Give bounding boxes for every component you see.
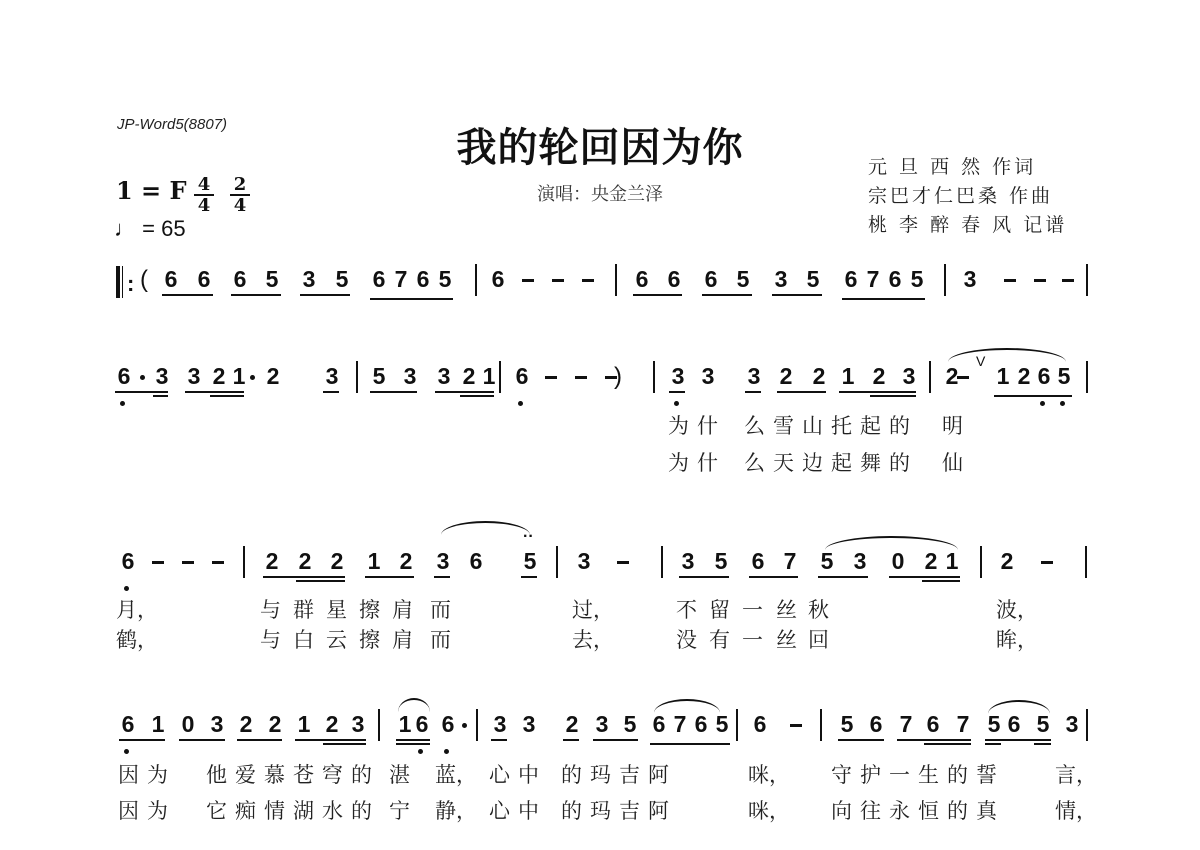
beam-underline [842,298,925,300]
lyric-syllable: 与 [260,624,281,654]
lyric-syllable: 的 [351,795,372,825]
beam-underline [985,743,1001,745]
sustain-dash [1004,279,1016,282]
note: 6 [440,711,456,737]
beam-underline [679,576,729,578]
beam-underline [323,743,366,745]
note: 7 [865,266,881,292]
lyric-syllable: 玛 [590,759,611,789]
note: 3 [962,266,978,292]
bar-line [356,361,358,393]
bar-line [661,546,663,578]
note: 2 [267,711,283,737]
note: 6 [666,266,682,292]
lyric-syllable: 恒 [918,795,939,825]
lyric-syllable: 回 [808,624,829,654]
note: 5 [522,548,538,574]
lyric-syllable: 一 [889,759,910,789]
note: 1 [995,363,1011,389]
time-signature-2-4: 2 4 [230,176,250,214]
note: 1 [366,548,382,574]
time-signature-4-4: 4 4 [194,176,214,214]
lyric-syllable: 的 [561,795,582,825]
lyric-syllable: 穹 [322,759,343,789]
octave-low-dot [674,401,679,406]
beam-underline [633,294,682,296]
note: 2 [811,363,827,389]
ts-numerator: 4 [194,176,214,193]
augmentation-dot [250,375,255,380]
lyric-syllable: 起 [860,410,881,440]
note: 2 [398,548,414,574]
note: 1 [296,711,312,737]
note: 6 [116,363,132,389]
note: 6 [843,266,859,292]
note: 6 [371,266,387,292]
note: 5 [264,266,280,292]
bar-line [820,709,822,741]
lyric-syllable: 的 [561,759,582,789]
note: 7 [672,711,688,737]
note: 2 [461,363,477,389]
lyric-syllable: 雪 [773,410,794,440]
lyric-syllable: 仙 [942,447,963,477]
note: 3 [350,711,366,737]
beam-underline [435,391,494,393]
bar-line [499,361,501,393]
note: 3 [680,548,696,574]
note: 3 [670,363,686,389]
note: 5 [334,266,350,292]
note: 6 [232,266,248,292]
note: 2 [564,711,580,737]
note: 5 [839,711,855,737]
key-signature: 1 = F [116,176,187,205]
lyric-syllable: 去， [572,624,614,654]
note: 5 [819,548,835,574]
lyric-syllable: 舞 [860,447,881,477]
beam-underline [1034,743,1051,745]
beam-underline [521,576,537,578]
lyric-syllable: 鹤， [116,624,158,654]
lyric-syllable: 不 [676,594,697,624]
ts-denominator: 4 [230,197,250,214]
lyric-syllable: 中 [518,759,539,789]
beam-underline [702,294,752,296]
octave-low-dot [444,749,449,754]
lyric-syllable: 星 [326,594,347,624]
lyric-syllable: 咪， [748,759,790,789]
note: 2 [871,363,887,389]
beam-underline [777,391,826,393]
note: 6 [414,711,430,737]
note: 7 [955,711,971,737]
note: 2 [265,363,281,389]
note: 6 [1036,363,1052,389]
octave-low-dot [418,749,423,754]
beam-underline [985,739,1051,741]
lyric-syllable: 情， [1055,795,1097,825]
sustain-dash [1041,561,1053,564]
beam-underline [669,391,685,393]
note: 1 [944,548,960,574]
note: 5 [1056,363,1072,389]
note: 1 [840,363,856,389]
lyric-syllable: 痴 [235,795,256,825]
beam-underline [119,739,165,741]
note: 1 [397,711,413,737]
lyric-syllable: 的 [889,447,910,477]
lyric-syllable: 言， [1055,759,1097,789]
beam-underline [897,739,971,741]
note: 5 [713,548,729,574]
lyric-syllable: 静， [435,795,477,825]
beam-underline [491,739,507,741]
lyric-syllable: 白 [293,624,314,654]
bar-line [243,546,245,578]
lyric-syllable: 中 [518,795,539,825]
note: 2 [297,548,313,574]
repeat-start-icon [116,266,120,298]
beam-underline [870,395,916,397]
lyric-syllable: 而 [430,624,451,654]
note: 5 [714,711,730,737]
composer-credit: 宗巴才仁巴桑 作曲 [868,182,1067,211]
note: 2 [264,548,280,574]
note: 3 [324,363,340,389]
beam-underline [460,395,494,397]
beam-underline [994,395,1072,397]
lyric-syllable: 吉 [619,759,640,789]
lyricist-credit: 元 旦 西 然 作词 [868,153,1067,182]
lyric-syllable: 丝 [776,624,797,654]
lyric-syllable: 苍 [293,759,314,789]
lyric-syllable: 的 [947,759,968,789]
beam-underline [185,391,244,393]
bar-line [1086,361,1088,393]
beam-underline [323,391,339,393]
note: 5 [735,266,751,292]
tempo-marking: ♩ = 65 [114,216,186,242]
lyric-syllable: 而 [430,594,451,624]
lyric-syllable: 生 [918,759,939,789]
beam-underline [370,391,417,393]
lyric-syllable: 月， [116,594,158,624]
lyric-syllable: 秋 [808,594,829,624]
bar-line [476,709,478,741]
octave-low-dot [124,749,129,754]
beam-underline [162,294,213,296]
bar-line [615,264,617,296]
bar-line [378,709,380,741]
sustain-dash [1034,279,1046,282]
lyric-syllable: 它 [206,795,227,825]
bar-line [1086,264,1088,296]
beam-underline [924,743,971,745]
note: 6 [415,266,431,292]
note: 2 [778,363,794,389]
note: 3 [1064,711,1080,737]
lyric-syllable: 他 [206,759,227,789]
note: 5 [437,266,453,292]
ts-numerator: 2 [230,176,250,193]
sustain-dash [575,376,587,379]
lyric-syllable: 托 [831,410,852,440]
lyric-syllable: 天 [773,447,794,477]
note: 2 [923,548,939,574]
slur-arc [948,348,1066,362]
beam-underline [563,739,579,741]
lyric-syllable: 宁 [389,795,410,825]
note: 3 [436,363,452,389]
beam-underline [231,294,281,296]
lyric-syllable: 因 [118,795,139,825]
note: 3 [154,363,170,389]
note: 6 [468,548,484,574]
lyric-syllable: 起 [831,447,852,477]
ts-denominator: 4 [194,197,214,214]
beam-underline [365,576,414,578]
sustain-dash [522,279,534,282]
lyric-syllable: 咪， [748,795,790,825]
note: 3 [594,711,610,737]
repeat-dots: : [127,271,134,297]
note: 3 [186,363,202,389]
lyric-syllable: 永 [889,795,910,825]
quarter-note-icon: ♩ [114,216,136,241]
beam-underline [749,576,798,578]
note: 2 [329,548,345,574]
bar-line [556,546,558,578]
lyric-syllable: 擦 [359,624,380,654]
lyric-syllable: 的 [947,795,968,825]
lyric-syllable: 一 [742,624,763,654]
note: 3 [746,363,762,389]
note: 5 [371,363,387,389]
lyric-syllable: 为 [147,795,168,825]
note: 5 [622,711,638,737]
sustain-dash [152,561,164,564]
beam-underline [370,298,453,300]
augmentation-dot [140,375,145,380]
breath-mark-icon: V [976,353,985,369]
lyric-syllable: 什 [697,410,718,440]
beam-underline [153,395,168,397]
bar-line [1085,546,1087,578]
beam-underline [434,576,450,578]
lyric-syllable: 情 [264,795,285,825]
beam-underline [922,580,960,582]
high-octave-dots: ·· [523,528,534,546]
octave-low-dot [1060,401,1065,406]
note: 3 [435,548,451,574]
beam-underline [745,391,761,393]
sustain-dash [617,561,629,564]
note: 0 [180,711,196,737]
lyric-syllable: 丝 [776,594,797,624]
note: 6 [1006,711,1022,737]
lyric-syllable: 阿 [648,759,669,789]
beam-underline [396,739,430,741]
lyric-syllable: 什 [697,447,718,477]
lyric-syllable: 的 [889,410,910,440]
note: 6 [752,711,768,737]
slur-arc [654,699,720,713]
note: 2 [324,711,340,737]
lyric-syllable: 肩 [392,624,413,654]
sustain-dash [545,376,557,379]
lyric-syllable: 与 [260,594,281,624]
lyric-syllable: 玛 [590,795,611,825]
lyric-syllable: 云 [326,624,347,654]
octave-low-dot [1040,401,1045,406]
open-paren: ( [140,266,148,294]
beam-underline [300,294,350,296]
note: 3 [700,363,716,389]
lyric-syllable: 心 [489,795,510,825]
note: 5 [909,266,925,292]
beam-underline [838,739,884,741]
note: 1 [150,711,166,737]
note: 7 [898,711,914,737]
note: 2 [211,363,227,389]
note: 3 [301,266,317,292]
lyric-syllable: 为 [668,410,689,440]
slur-arc [441,521,530,535]
note: 3 [901,363,917,389]
beam-underline [593,739,638,741]
lyric-syllable: 因 [118,759,139,789]
beam-underline [772,294,822,296]
note: 6 [514,363,530,389]
lyric-syllable: 阿 [648,795,669,825]
beam-underline [179,739,225,741]
lyric-syllable: 心 [489,759,510,789]
note: 6 [693,711,709,737]
note: 0 [890,548,906,574]
sustain-dash [182,561,194,564]
note: 7 [393,266,409,292]
bar-line [736,709,738,741]
beam-underline [396,743,430,745]
lyric-syllable: 一 [742,594,763,624]
note: 1 [481,363,497,389]
lyric-syllable: 湖 [293,795,314,825]
bar-line [653,361,655,393]
note: 6 [196,266,212,292]
sustain-dash [1062,279,1074,282]
transcriber-credit: 桃 李 醉 春 风 记谱 [868,211,1067,240]
sustain-dash [582,279,594,282]
sustain-dash [212,561,224,564]
beam-underline [889,576,960,578]
lyric-syllable: 眸， [996,624,1038,654]
lyric-syllable: 留 [709,594,730,624]
note: 6 [490,266,506,292]
bar-line [475,264,477,296]
note: 3 [402,363,418,389]
lyric-syllable: 吉 [619,795,640,825]
note: 2 [999,548,1015,574]
lyric-syllable: 慕 [264,759,285,789]
note: 5 [805,266,821,292]
sustain-dash [552,279,564,282]
beam-underline [839,391,916,393]
lyric-syllable: 为 [668,447,689,477]
lyric-syllable: 爱 [235,759,256,789]
lyric-syllable: 山 [802,410,823,440]
beam-underline [210,395,244,397]
lyric-syllable: 向 [831,795,852,825]
lyric-syllable: 守 [831,759,852,789]
beam-underline [296,580,345,582]
credits-block: 元 旦 西 然 作词 宗巴才仁巴桑 作曲 桃 李 醉 春 风 记谱 [868,153,1067,240]
note: 3 [209,711,225,737]
lyric-syllable: 肩 [392,594,413,624]
note: 7 [782,548,798,574]
slur-arc [398,698,430,712]
lyric-syllable: 边 [802,447,823,477]
augmentation-dot [462,723,467,728]
note: 3 [521,711,537,737]
note: 5 [1035,711,1051,737]
lyric-syllable: 蓝， [435,759,477,789]
bar-line [929,361,931,393]
octave-low-dot [518,401,523,406]
slur-arc [988,700,1050,714]
bar-line [980,546,982,578]
note: 5 [986,711,1002,737]
lyric-syllable: 有 [709,624,730,654]
note: 2 [238,711,254,737]
note: 6 [703,266,719,292]
lyric-syllable: 明 [942,410,963,440]
note: 6 [120,548,136,574]
lyric-syllable: 水 [322,795,343,825]
note: 1 [231,363,247,389]
lyric-syllable: 群 [293,594,314,624]
tempo-value: = 65 [142,216,185,241]
note: 6 [651,711,667,737]
note: 6 [887,266,903,292]
beam-underline [818,576,868,578]
lyric-syllable: 么 [744,447,765,477]
slur-arc [825,536,958,550]
bar-line [944,264,946,296]
note: 6 [634,266,650,292]
note: 2 [1016,363,1032,389]
bar-line [1086,709,1088,741]
octave-low-dot [120,401,125,406]
lyric-syllable: 誓 [976,759,997,789]
note: 6 [163,266,179,292]
octave-low-dot [124,586,129,591]
note: 3 [852,548,868,574]
close-paren: ) [614,363,622,391]
lyric-syllable: 波， [996,594,1038,624]
lyric-syllable: 没 [676,624,697,654]
sustain-dash [957,376,969,379]
sustain-dash [790,724,802,727]
beam-underline [115,391,168,393]
note: 6 [750,548,766,574]
lyric-syllable: 为 [147,759,168,789]
lyric-syllable: 的 [351,759,372,789]
repeat-thin-bar [122,266,123,298]
lyric-syllable: 过， [572,594,614,624]
beam-underline [650,743,730,745]
note: 6 [868,711,884,737]
